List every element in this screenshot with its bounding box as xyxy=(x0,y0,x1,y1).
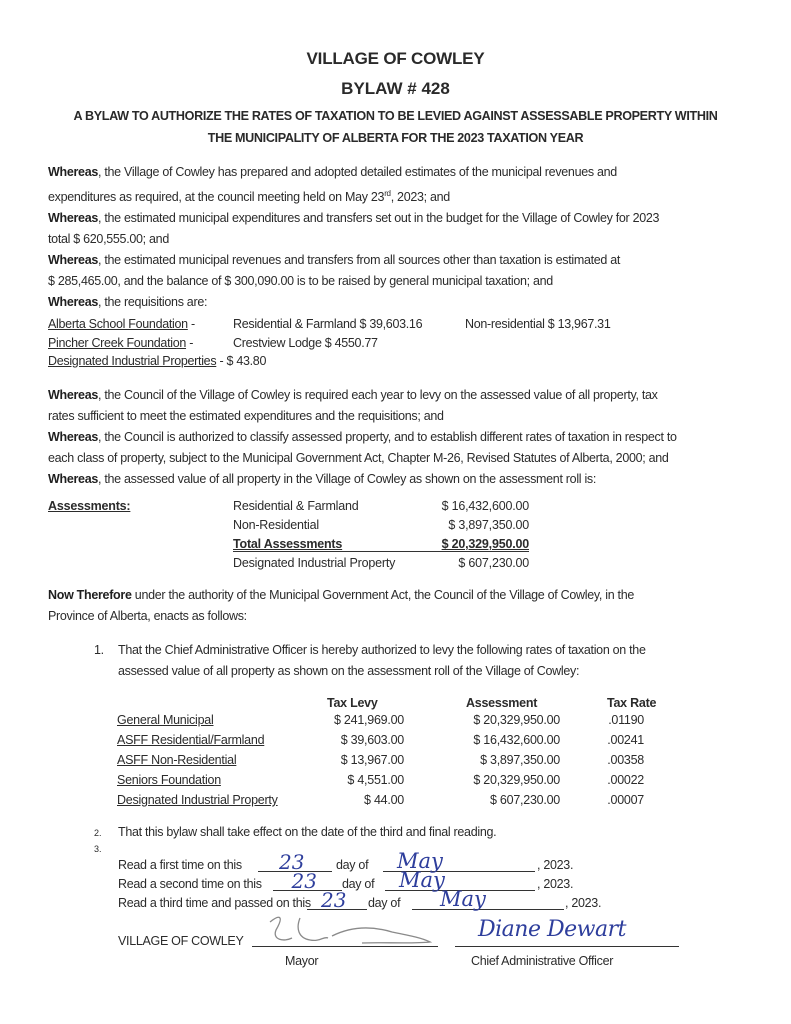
cao-signature: Diane Dewart xyxy=(478,917,626,942)
requisition-asf: Alberta School Foundation - xyxy=(48,317,195,331)
requisition-dip: Designated Industrial Properties - $ 43.… xyxy=(48,354,266,368)
tax-row-assessment: $ 16,432,600.00 xyxy=(440,733,560,747)
clause-3-number: 3. xyxy=(94,844,102,854)
assessment-value: $ 20,329,950.00 xyxy=(380,537,529,551)
recital-text: expenditures as required, at the council… xyxy=(48,190,384,204)
requisition-label: Pincher Creek Foundation xyxy=(48,336,186,350)
bylaw-subtitle-line1: A BYLAW TO AUTHORIZE THE RATES OF TAXATI… xyxy=(0,109,791,123)
recital-text: , the Council of the Village of Cowley i… xyxy=(98,388,658,402)
requisition-asf-nonresidential: Non-residential $ 13,967.31 xyxy=(465,317,610,331)
recital-text: , 2023; and xyxy=(391,190,450,204)
header-tax-levy: Tax Levy xyxy=(327,696,378,710)
enactment-clause: Now Therefore under the authority of the… xyxy=(48,585,634,627)
tax-row-rate: .00241 xyxy=(580,733,644,747)
recital-text: , the Council is authorized to classify … xyxy=(98,430,677,444)
separator: - xyxy=(188,317,195,331)
cao-signature-line[interactable] xyxy=(455,946,679,947)
recital-text: $ 285,465.00, and the balance of $ 300,0… xyxy=(48,271,659,292)
village-signature-label: VILLAGE OF COWLEY xyxy=(118,931,244,952)
tax-row-rate: .01190 xyxy=(580,713,644,727)
header-tax-rate: Tax Rate xyxy=(607,696,656,710)
assessment-label: Designated Industrial Property xyxy=(233,556,395,570)
cao-title: Chief Administrative Officer xyxy=(471,951,613,972)
assessment-label: Total Assessments xyxy=(233,537,342,551)
tax-row-name: Designated Industrial Property xyxy=(117,793,278,807)
assessments-heading: Assessments: xyxy=(48,499,130,513)
requisition-asf-residential: Residential & Farmland $ 39,603.16 xyxy=(233,317,422,331)
whereas-keyword: Whereas xyxy=(48,211,98,225)
tax-row-assessment: $ 3,897,350.00 xyxy=(440,753,560,767)
tax-row-rate: .00358 xyxy=(580,753,644,767)
tax-row-name: General Municipal xyxy=(117,713,214,727)
mayor-signature-icon xyxy=(262,912,442,950)
clause-text: That the Chief Administrative Officer is… xyxy=(118,640,646,661)
recital-council-powers: Whereas, the Council of the Village of C… xyxy=(48,385,677,490)
tax-row-assessment: $ 20,329,950.00 xyxy=(440,713,560,727)
tax-row-name: ASFF Non-Residential xyxy=(117,753,236,767)
tax-row-name: ASFF Residential/Farmland xyxy=(117,733,264,747)
enactment-text: under the authority of the Municipal Gov… xyxy=(132,588,634,602)
recital-text: , the Village of Cowley has prepared and… xyxy=(98,165,617,179)
tax-row-levy: $ 13,967.00 xyxy=(300,753,404,767)
whereas-keyword: Whereas xyxy=(48,165,98,179)
clause-2-number: 2. xyxy=(94,828,102,838)
tax-row-name: Seniors Foundation xyxy=(117,773,221,787)
whereas-keyword: Whereas xyxy=(48,388,98,402)
reading-month: May xyxy=(440,887,486,911)
mayor-title: Mayor xyxy=(285,951,318,972)
reading-year: , 2023. xyxy=(537,874,573,895)
separator: - xyxy=(186,336,193,350)
month-blank[interactable] xyxy=(412,909,564,910)
whereas-keyword: Whereas xyxy=(48,253,98,267)
reading-day-of: day of xyxy=(336,855,368,876)
reading-prefix: Read a third time and passed on this xyxy=(118,893,311,914)
reading-day-of: day of xyxy=(368,893,400,914)
tax-row-levy: $ 39,603.00 xyxy=(300,733,404,747)
assessment-label: Residential & Farmland xyxy=(233,499,359,513)
municipality-title: VILLAGE OF COWLEY xyxy=(0,49,791,69)
assessment-value: $ 3,897,350.00 xyxy=(380,518,529,532)
tax-row-rate: .00022 xyxy=(580,773,644,787)
requisition-value: - $ 43.80 xyxy=(216,354,266,368)
reading-day: 23 xyxy=(321,888,346,912)
reading-day: 23 xyxy=(292,869,317,893)
reading-prefix: Read a first time on this xyxy=(118,855,242,876)
recital-text: , the estimated municipal expenditures a… xyxy=(98,211,659,225)
recital-text: each class of property, subject to the M… xyxy=(48,448,677,469)
recital-text: , the requisitions are: xyxy=(98,295,207,309)
recital-text: rates sufficient to meet the estimated e… xyxy=(48,406,677,427)
recital-text: , the estimated municipal revenues and t… xyxy=(98,253,620,267)
assessment-value: $ 607,230.00 xyxy=(380,556,529,570)
recital-text: , the assessed value of all property in … xyxy=(98,472,596,486)
clause-1-text: That the Chief Administrative Officer is… xyxy=(118,640,646,682)
clause-1-number: 1. xyxy=(94,640,104,661)
reading-day-of: day of xyxy=(342,874,374,895)
tax-row-assessment: $ 607,230.00 xyxy=(440,793,560,807)
tax-row-levy: $ 4,551.00 xyxy=(300,773,404,787)
tax-row-levy: $ 241,969.00 xyxy=(300,713,404,727)
enactment-text: Province of Alberta, enacts as follows: xyxy=(48,606,634,627)
assessment-label: Non-Residential xyxy=(233,518,319,532)
requisition-pcf-value: Crestview Lodge $ 4550.77 xyxy=(233,336,378,350)
requisition-label: Designated Industrial Properties xyxy=(48,354,216,368)
bylaw-subtitle-line2: THE MUNICIPALITY OF ALBERTA FOR THE 2023… xyxy=(0,131,791,145)
tax-row-assessment: $ 20,329,950.00 xyxy=(440,773,560,787)
reading-year: , 2023. xyxy=(537,855,573,876)
bylaw-number: BYLAW # 428 xyxy=(0,79,791,99)
header-assessment: Assessment xyxy=(466,696,537,710)
clause-2-text: That this bylaw shall take effect on the… xyxy=(118,822,496,843)
total-underline xyxy=(233,551,529,552)
whereas-keyword: Whereas xyxy=(48,295,98,309)
tax-row-levy: $ 44.00 xyxy=(300,793,404,807)
reading-prefix: Read a second time on this xyxy=(118,874,262,895)
recital-budget-adoption: Whereas, the Village of Cowley has prepa… xyxy=(48,162,659,313)
recital-text: total $ 620,555.00; and xyxy=(48,229,659,250)
whereas-keyword: Whereas xyxy=(48,430,98,444)
tax-row-rate: .00007 xyxy=(580,793,644,807)
requisition-label: Alberta School Foundation xyxy=(48,317,188,331)
reading-year: , 2023. xyxy=(565,893,601,914)
now-therefore-keyword: Now Therefore xyxy=(48,588,132,602)
assessment-value: $ 16,432,600.00 xyxy=(380,499,529,513)
requisition-pcf: Pincher Creek Foundation - xyxy=(48,336,193,350)
whereas-keyword: Whereas xyxy=(48,472,98,486)
clause-text: assessed value of all property as shown … xyxy=(118,661,646,682)
reading-month: May xyxy=(399,868,445,892)
